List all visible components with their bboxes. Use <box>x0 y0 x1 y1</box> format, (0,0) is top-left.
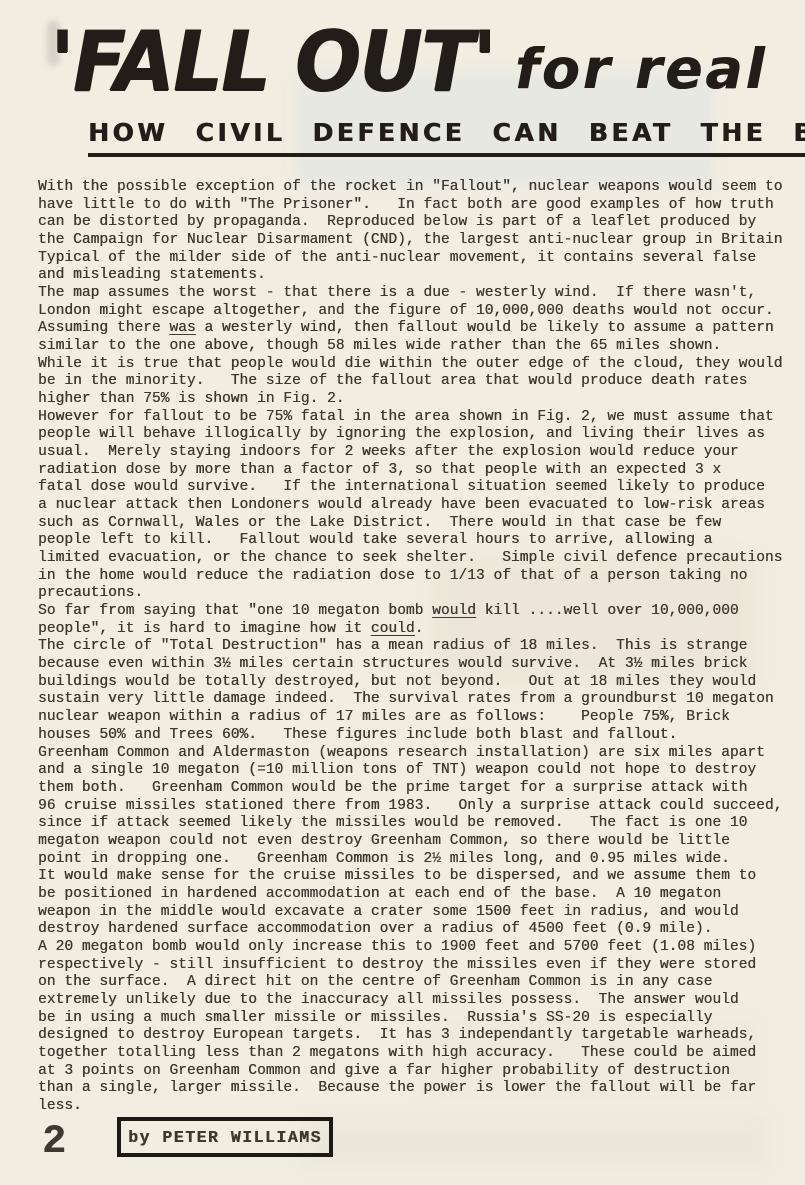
text-line: point in dropping one. Greenham Common i… <box>38 851 800 869</box>
text-line: such as Cornwall, Wales or the Lake Dist… <box>38 515 800 533</box>
underlined-word: would <box>432 603 476 619</box>
page-subtitle: HOW CIVIL DEFENCE CAN BEAT THE BOMB <box>88 118 805 157</box>
title-main: 'FALL OUT' <box>50 14 495 110</box>
text-line: them both. Greenham Common would be the … <box>38 780 800 798</box>
text-line: since if attack seemed likely the missil… <box>38 815 800 833</box>
text-line: people will behave illogically by ignori… <box>38 426 800 444</box>
text-line: because even within 3½ miles certain str… <box>38 656 800 674</box>
text-line: at 3 points on Greenham Common and give … <box>38 1063 800 1081</box>
text-line: have little to do with "The Prisoner". I… <box>38 197 800 215</box>
text-line: similar to the one above, though 58 mile… <box>38 338 800 356</box>
text-line: be in using a much smaller missile or mi… <box>38 1010 800 1028</box>
text-line: respectively - still insufficient to des… <box>38 957 800 975</box>
text-line: So far from saying that "one 10 megaton … <box>38 603 800 621</box>
text-line: With the possible exception of the rocke… <box>38 179 800 197</box>
text-line: fatal dose would survive. If the interna… <box>38 479 800 497</box>
text-line: than a single, larger missile. Because t… <box>38 1080 800 1098</box>
text-line: in the home would reduce the radiation d… <box>38 568 800 586</box>
text-line: usual. Merely staying indoors for 2 week… <box>38 444 800 462</box>
text-line: It would make sense for the cruise missi… <box>38 868 800 886</box>
text-line: London might escape altogether, and the … <box>38 303 800 321</box>
text-line: sustain very little damage indeed. The s… <box>38 691 800 709</box>
text-line: on the surface. A direct hit on the cent… <box>38 974 800 992</box>
byline-text: by PETER WILLIAMS <box>128 1128 322 1147</box>
text-line: precautions. <box>38 585 800 603</box>
text-line: limited evacuation, or the chance to see… <box>38 550 800 568</box>
text-line: destroy hardened surface accommodation o… <box>38 921 800 939</box>
article-body: With the possible exception of the rocke… <box>38 179 800 1116</box>
text-line: megaton weapon could not even destroy Gr… <box>38 833 800 851</box>
text-line: A 20 megaton bomb would only increase th… <box>38 939 800 957</box>
text-line: buildings would be totally destroyed, bu… <box>38 674 800 692</box>
text-line: be positioned in hardened accommodation … <box>38 886 800 904</box>
underlined-word: could <box>371 621 415 637</box>
text-line: higher than 75% is shown in Fig. 2. <box>38 391 800 409</box>
page-title: 'FALL OUT' for real <box>50 18 790 107</box>
text-line: nuclear weapon within a radius of 17 mil… <box>38 709 800 727</box>
title-suffix: for real <box>515 37 767 101</box>
text-line: However for fallout to be 75% fatal in t… <box>38 409 800 427</box>
text-line: be in the minority. The size of the fall… <box>38 373 800 391</box>
text-line: together totalling less than 2 megatons … <box>38 1045 800 1063</box>
text-line: a nuclear attack then Londoners would al… <box>38 497 800 515</box>
text-line: While it is true that people would die w… <box>38 356 800 374</box>
scanned-page: 'FALL OUT' for real HOW CIVIL DEFENCE CA… <box>0 0 805 1185</box>
text-line: 96 cruise missiles stationed there from … <box>38 798 800 816</box>
scan-artifact <box>300 1115 770 1170</box>
text-line: Assuming there was a westerly wind, then… <box>38 320 800 338</box>
text-line: houses 50% and Trees 60%. These figures … <box>38 727 800 745</box>
byline-box: by PETER WILLIAMS <box>117 1117 333 1157</box>
text-line: Greenham Common and Aldermaston (weapons… <box>38 745 800 763</box>
text-line: extremely unlikely due to the inaccuracy… <box>38 992 800 1010</box>
text-line: can be distorted by propaganda. Reproduc… <box>38 214 800 232</box>
underlined-word: was <box>169 320 195 336</box>
text-line: Typical of the milder side of the anti-n… <box>38 250 800 268</box>
text-line: designed to destroy European targets. It… <box>38 1027 800 1045</box>
text-line: people", it is hard to imagine how it co… <box>38 621 800 639</box>
text-line: and a single 10 megaton (=10 million ton… <box>38 762 800 780</box>
text-line: less. <box>38 1098 800 1116</box>
page-number: 2 <box>42 1120 66 1165</box>
text-line: The circle of "Total Destruction" has a … <box>38 638 800 656</box>
text-line: people left to kill. Fallout would take … <box>38 532 800 550</box>
text-line: and misleading statements. <box>38 267 800 285</box>
text-line: the Campaign for Nuclear Disarmament (CN… <box>38 232 800 250</box>
text-line: The map assumes the worst - that there i… <box>38 285 800 303</box>
text-line: radiation dose by more than a factor of … <box>38 462 800 480</box>
text-line: weapon in the middle would excavate a cr… <box>38 904 800 922</box>
